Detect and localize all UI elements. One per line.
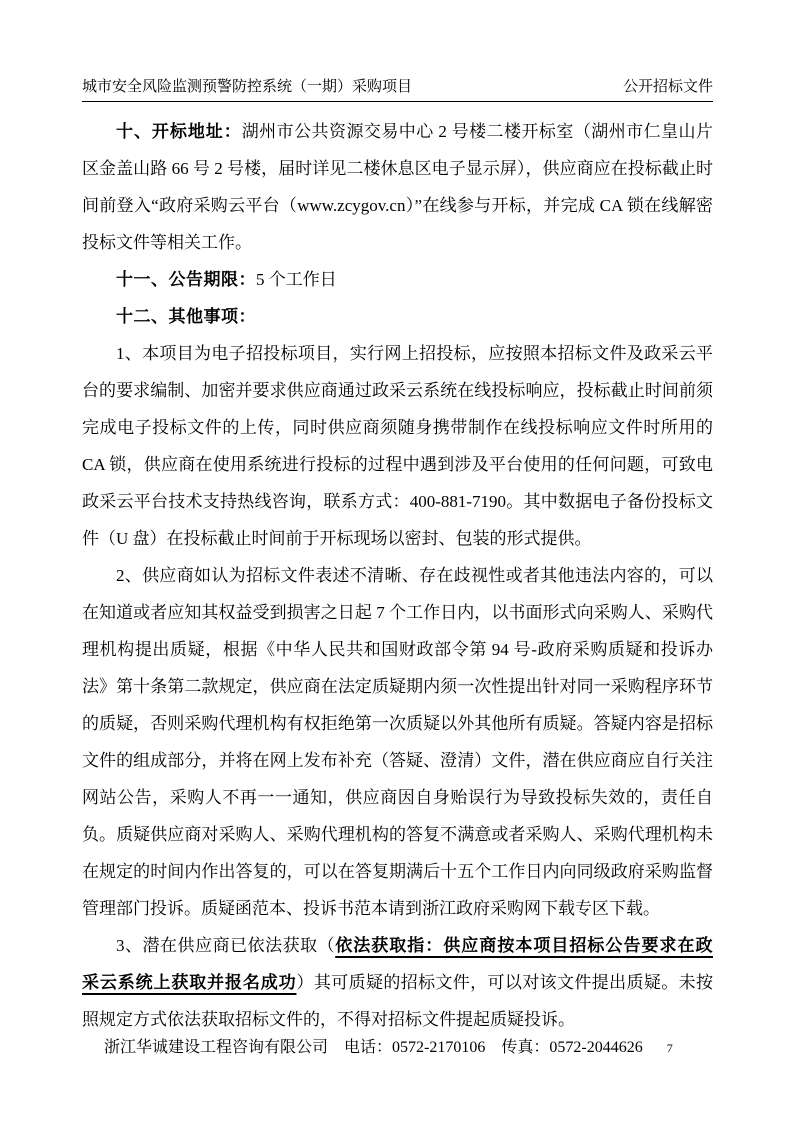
page-header: 城市安全风险监测预警防控系统（一期）采购项目 公开招标文件 — [82, 75, 713, 102]
other-matters-item-3: 3、潜在供应商已依法获取（依法获取指：供应商按本项目招标公告要求在政采云系统上获… — [82, 927, 713, 1038]
section-11-announcement-period: 十一、公告期限：5 个工作日 — [82, 261, 713, 298]
other-matters-item-2: 2、供应商如认为招标文件表述不清晰、存在歧视性或者其他违法内容的，可以在知道或者… — [82, 557, 713, 927]
document-body: 十、开标地址：湖州市公共资源交易中心 2 号楼二楼开标室（湖州市仁皇山片区金盖山… — [82, 102, 713, 1038]
header-project-title: 城市安全风险监测预警防控系统（一期）采购项目 — [82, 75, 412, 96]
section-12-other-matters: 十二、其他事项： — [82, 298, 713, 335]
page-number: 7 — [667, 1041, 673, 1055]
footer-fax-number: 0572-2044626 — [549, 1039, 642, 1056]
page-footer: 浙江华诚建设工程咨询有限公司电话：0572-2170106传真：0572-204… — [82, 1034, 713, 1057]
section-10-text: 湖州市公共资源交易中心 2 号楼二楼开标室（湖州市仁皇山片区金盖山路 66 号 … — [82, 122, 713, 252]
section-11-text: 5 个工作日 — [256, 270, 337, 289]
section-10-bid-opening-address: 十、开标地址：湖州市公共资源交易中心 2 号楼二楼开标室（湖州市仁皇山片区金盖山… — [82, 113, 713, 261]
footer-company: 浙江华诚建设工程咨询有限公司 — [104, 1039, 328, 1056]
section-12-label: 十二、其他事项： — [116, 307, 256, 326]
item-1-text: 1、本项目为电子招投标项目，实行网上招投标，应按照本招标文件及政采云平台的要求编… — [82, 344, 713, 548]
footer-phone-label: 电话： — [344, 1039, 392, 1056]
other-matters-item-1: 1、本项目为电子招投标项目，实行网上招投标，应按照本招标文件及政采云平台的要求编… — [82, 335, 713, 557]
header-doc-type: 公开招标文件 — [623, 75, 713, 96]
item-2-text: 2、供应商如认为招标文件表述不清晰、存在歧视性或者其他违法内容的，可以在知道或者… — [82, 566, 713, 918]
footer-phone: 电话：0572-2170106 — [344, 1039, 485, 1056]
footer-fax-label: 传真： — [501, 1039, 549, 1056]
section-11-label: 十一、公告期限： — [116, 270, 256, 289]
document-page: 城市安全风险监测预警防控系统（一期）采购项目 公开招标文件 十、开标地址：湖州市… — [0, 0, 793, 1122]
footer-phone-number: 0572-2170106 — [392, 1039, 485, 1056]
document-sheet: 城市安全风险监测预警防控系统（一期）采购项目 公开招标文件 十、开标地址：湖州市… — [82, 75, 713, 1038]
item-3-prefix: 3、潜在供应商已依法获取（ — [116, 936, 335, 955]
footer-fax: 传真：0572-2044626 — [501, 1039, 642, 1056]
section-10-label: 十、开标地址： — [116, 122, 242, 141]
